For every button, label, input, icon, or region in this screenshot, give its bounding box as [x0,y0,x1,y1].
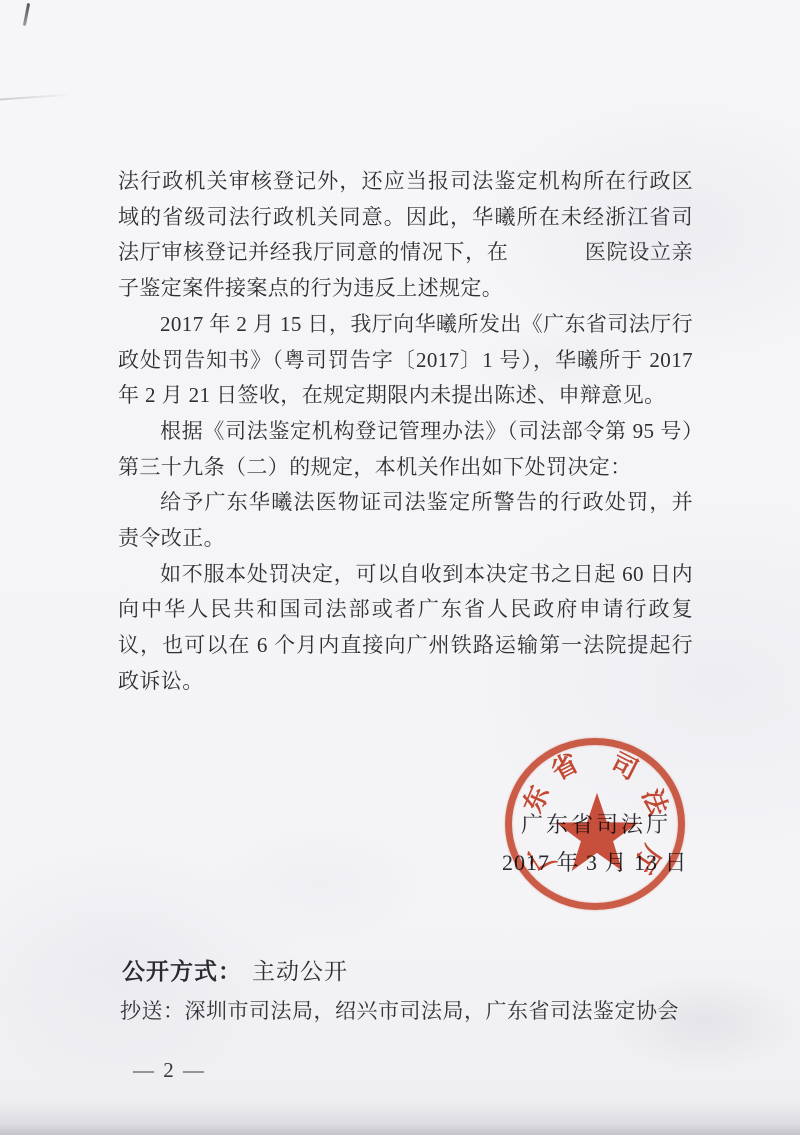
paragraph-legal-basis: 根据《司法鉴定机构登记管理办法》（司法部令第 95 号）第三十九条（二）的规定，… [118,414,693,485]
pen-mark [23,3,30,26]
paragraph-notification: 2017 年 2 月 15 日，我厅向华曦所发出《广东省司法厅行政处罚告知书》（… [118,307,693,414]
paper-crease [0,93,72,100]
cc-line: 抄送：深圳市司法局，绍兴市司法局，广东省司法鉴定协会 [120,995,679,1025]
paragraph-violation: 法行政机关审核登记外，还应当报司法鉴定机构所在行政区域的省级司法行政机关同意。因… [118,164,693,307]
paragraph-appeal-rights: 如不服本处罚决定，可以自收到本决定书之日起 60 日内向中华人民共和国司法部或者… [118,557,693,700]
scanned-document-page: { "body": { "p1a": "法行政机关审核登记外，还应当报司法鉴定机… [0,0,800,1135]
seal-star-icon [550,789,644,883]
paragraph-penalty-decision: 给予广东华曦法医物证司法鉴定所警告的行政处罚，并责令改正。 [118,485,693,556]
official-red-seal: 广 东 省 司 法 厅 [505,738,685,910]
publicity-label: 公开方式： [122,958,242,984]
publicity-value: 主动公开 [252,959,348,984]
document-body: 法行政机关审核登记外，还应当报司法鉴定机构所在行政区域的省级司法行政机关同意。因… [118,164,693,700]
redacted-hospital-name-gap [509,258,585,259]
publicity-line: 公开方式：主动公开 [122,953,348,986]
page-number: — 2 — [133,1058,206,1083]
